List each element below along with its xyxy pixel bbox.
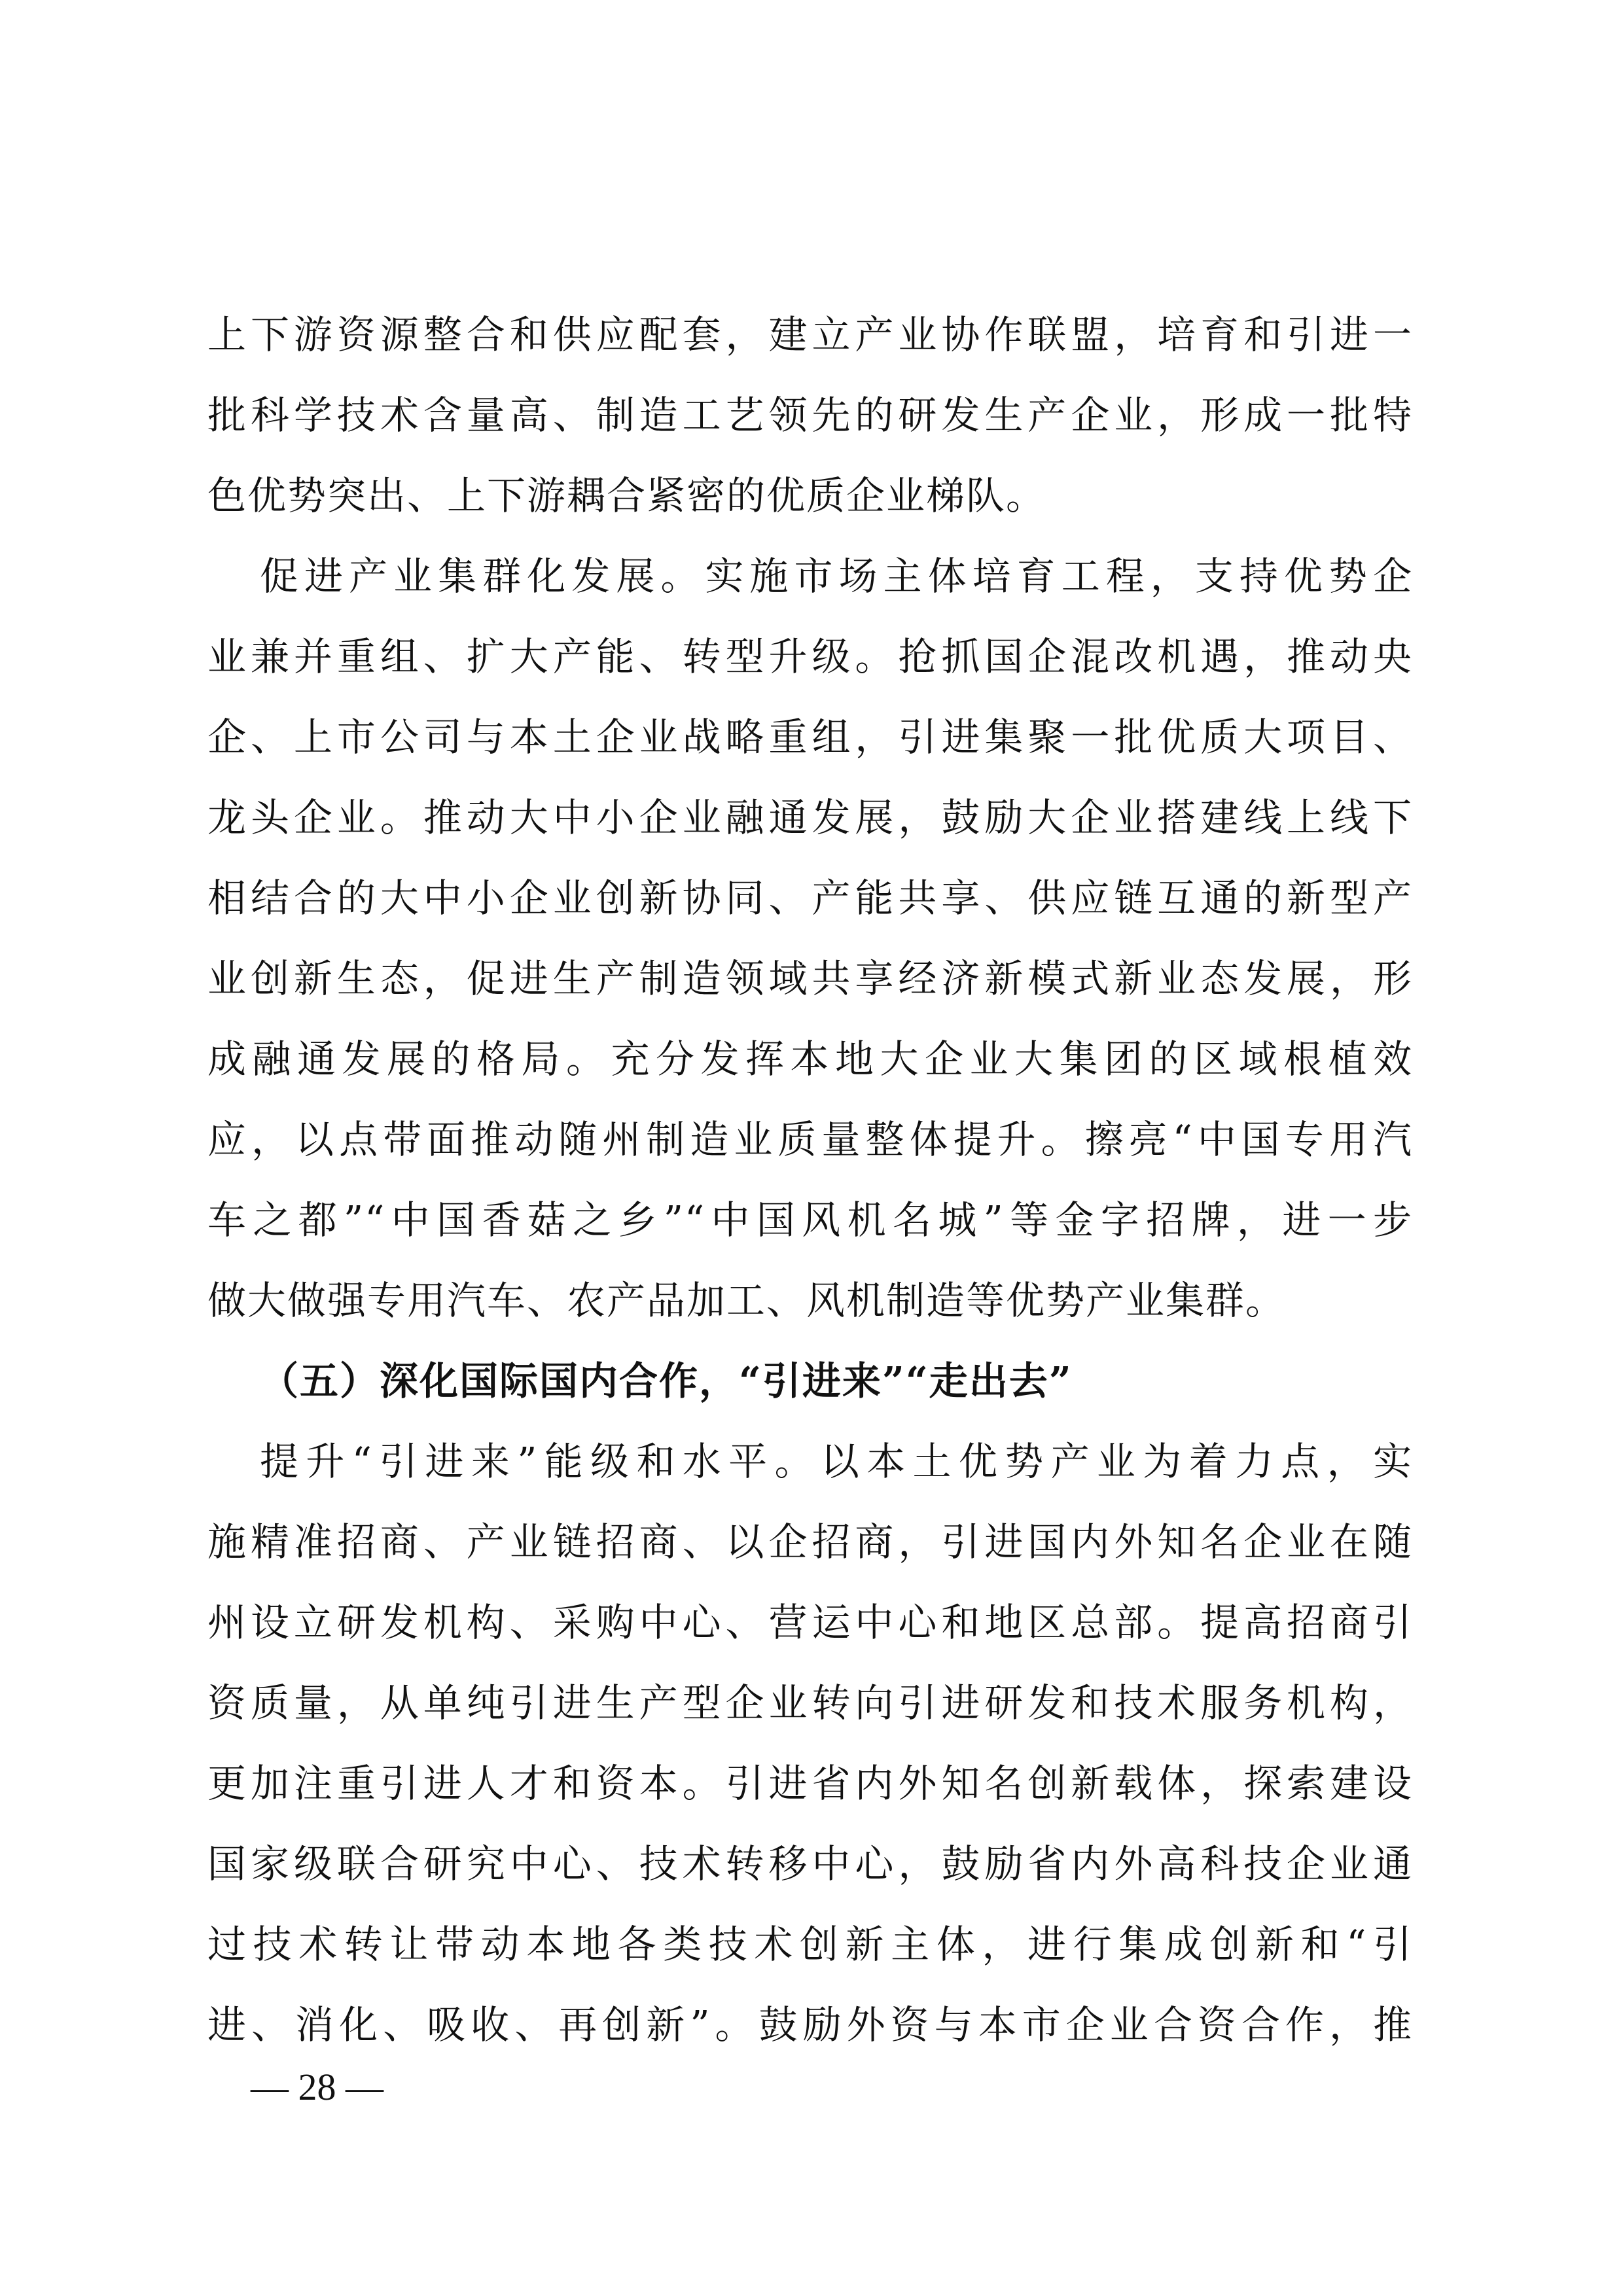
paragraph-line: 车之都”“中国香菇之乡”“中国风机名城”等金字招牌，进一步 (207, 1180, 1413, 1260)
body-text: 上下游资源整合和供应配套，建立产业协作联盟，培育和引进一 批科学技术含量高、制造… (207, 294, 1413, 2065)
paragraph-line: 色优势突出、上下游耦合紧密的优质企业梯队。 (207, 455, 1413, 536)
paragraph-line: 成融通发展的格局。充分发挥本地大企业大集团的区域根植效 (207, 1019, 1413, 1099)
paragraph-line: 业创新生态，促进生产制造领域共享经济新模式新业态发展，形 (207, 938, 1413, 1019)
paragraph-line: 施精准招商、产业链招商、以企招商，引进国内外知名企业在随 (207, 1502, 1413, 1582)
paragraph-line: 批科学技术含量高、制造工艺领先的研发生产企业，形成一批特 (207, 375, 1413, 455)
paragraph-line: 促进产业集群化发展。实施市场主体培育工程，支持优势企 (207, 536, 1413, 616)
paragraph-line: 国家级联合研究中心、技术转移中心，鼓励省内外高科技企业通 (207, 1824, 1413, 1904)
paragraph-line: 相结合的大中小企业创新协同、产能共享、供应链互通的新型产 (207, 858, 1413, 938)
paragraph-line: 进、消化、吸收、再创新”。鼓励外资与本市企业合资合作，推 (207, 1985, 1413, 2065)
page-number: — 28 — (251, 2068, 383, 2107)
section-heading: （五）深化国际国内合作，“引进来”“走出去” (207, 1341, 1413, 1421)
document-page: 上下游资源整合和供应配套，建立产业协作联盟，培育和引进一 批科学技术含量高、制造… (0, 0, 1623, 2296)
paragraph-line: 州设立研发机构、采购中心、营运中心和地区总部。提高招商引 (207, 1582, 1413, 1663)
paragraph-line: 应，以点带面推动随州制造业质量整体提升。擦亮“中国专用汽 (207, 1099, 1413, 1180)
paragraph-line: 过技术转让带动本地各类技术创新主体，进行集成创新和“引 (207, 1904, 1413, 1985)
paragraph-line: 业兼并重组、扩大产能、转型升级。抢抓国企混改机遇，推动央 (207, 616, 1413, 697)
paragraph-line: 提升“引进来”能级和水平。以本土优势产业为着力点，实 (207, 1421, 1413, 1502)
paragraph-line: 龙头企业。推动大中小企业融通发展，鼓励大企业搭建线上线下 (207, 777, 1413, 858)
paragraph-line: 上下游资源整合和供应配套，建立产业协作联盟，培育和引进一 (207, 294, 1413, 375)
paragraph-line: 更加注重引进人才和资本。引进省内外知名创新载体，探索建设 (207, 1743, 1413, 1824)
paragraph-line: 企、上市公司与本土企业战略重组，引进集聚一批优质大项目、 (207, 697, 1413, 777)
paragraph-line: 做大做强专用汽车、农产品加工、风机制造等优势产业集群。 (207, 1260, 1413, 1341)
paragraph-line: 资质量，从单纯引进生产型企业转向引进研发和技术服务机构， (207, 1663, 1413, 1743)
